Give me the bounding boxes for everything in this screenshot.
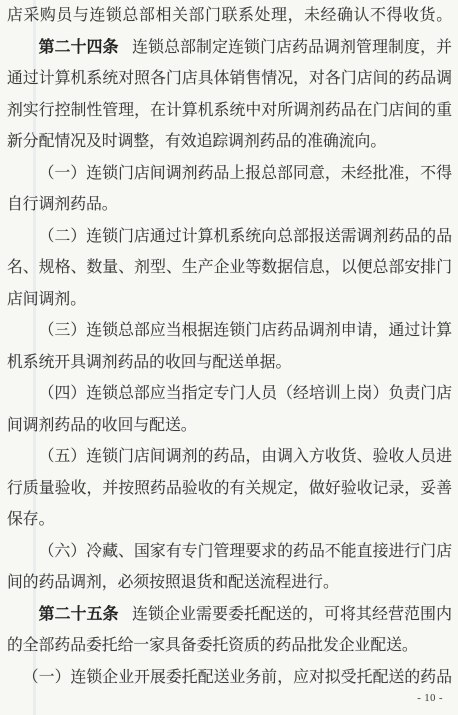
text-line: 第二十五条连锁企业需要委托配送的，可将其经营范围内 <box>7 599 452 631</box>
text-line: 名、规格、数量、剂型、生产企业等数据信息，以便总部安排门 <box>7 252 452 284</box>
text-line: 机系统开具调剂药品的收回与配送单据。 <box>7 347 452 379</box>
article-text: 连锁总部制定连锁门店药品调剂管理制度，并 <box>132 39 452 56</box>
text-line: （六）冷藏、国家有专门管理要求的药品不能直接进行门店 <box>7 536 452 568</box>
text-line: 自行调剂药品。 <box>7 189 452 221</box>
text-line: 间调剂药品的收回与配送。 <box>7 410 452 442</box>
screenshot-root: { "page": { "background_color": "#f7f7f4… <box>0 0 458 715</box>
text-line: 新分配情况及时调整，有效追踪调剂药品的准确流向。 <box>7 126 452 158</box>
article-number: 第二十四条 <box>39 39 119 56</box>
text-line: 剂实行控制性管理，在计算机系统中对所调剂药品在门店间的重 <box>7 95 452 127</box>
article-number: 第二十五条 <box>39 606 119 623</box>
text-line: 间的药品调剂，必须按照退货和配送流程进行。 <box>7 567 452 599</box>
text-line: 保存。 <box>7 504 452 536</box>
text-line: 通过计算机系统对照各门店具体销售情况，对各门店间的药品调 <box>7 63 452 95</box>
article-text: 连锁企业需要委托配送的，可将其经营范围内 <box>132 606 452 623</box>
text-line: （二）连锁门店通过计算机系统向总部报送需调剂药品的品 <box>7 221 452 253</box>
text-line: 店间调剂。 <box>7 284 452 316</box>
document-content: 店采购员与连锁总部相关部门联系处理，未经确认不得收货。第二十四条连锁总部制定连锁… <box>7 0 452 693</box>
text-line: （五）连锁门店间调剂的药品，由调入方收货、验收人员进 <box>7 441 452 473</box>
text-line: （三）连锁总部应当根据连锁门店药品调剂申请，通过计算 <box>7 315 452 347</box>
text-line: （一）连锁企业开展委托配送业务前，应对拟受托配送的药品 <box>7 662 452 694</box>
document-page: 店采购员与连锁总部相关部门联系处理，未经确认不得收货。第二十四条连锁总部制定连锁… <box>0 0 458 715</box>
text-line: （四）连锁总部应当指定专门人员（经培训上岗）负责门店 <box>7 378 452 410</box>
text-line: （一）连锁门店间调剂药品上报总部同意，未经批准，不得 <box>7 158 452 190</box>
text-line: 行质量验收，并按照药品验收的有关规定，做好验收记录，妥善 <box>7 473 452 505</box>
text-line: 第二十四条连锁总部制定连锁门店药品调剂管理制度，并 <box>7 32 452 64</box>
text-line: 的全部药品委托给一家具备委托资质的药品批发企业配送。 <box>7 630 452 662</box>
page-number: - 10 - <box>417 693 443 704</box>
text-line: 店采购员与连锁总部相关部门联系处理，未经确认不得收货。 <box>7 0 452 32</box>
